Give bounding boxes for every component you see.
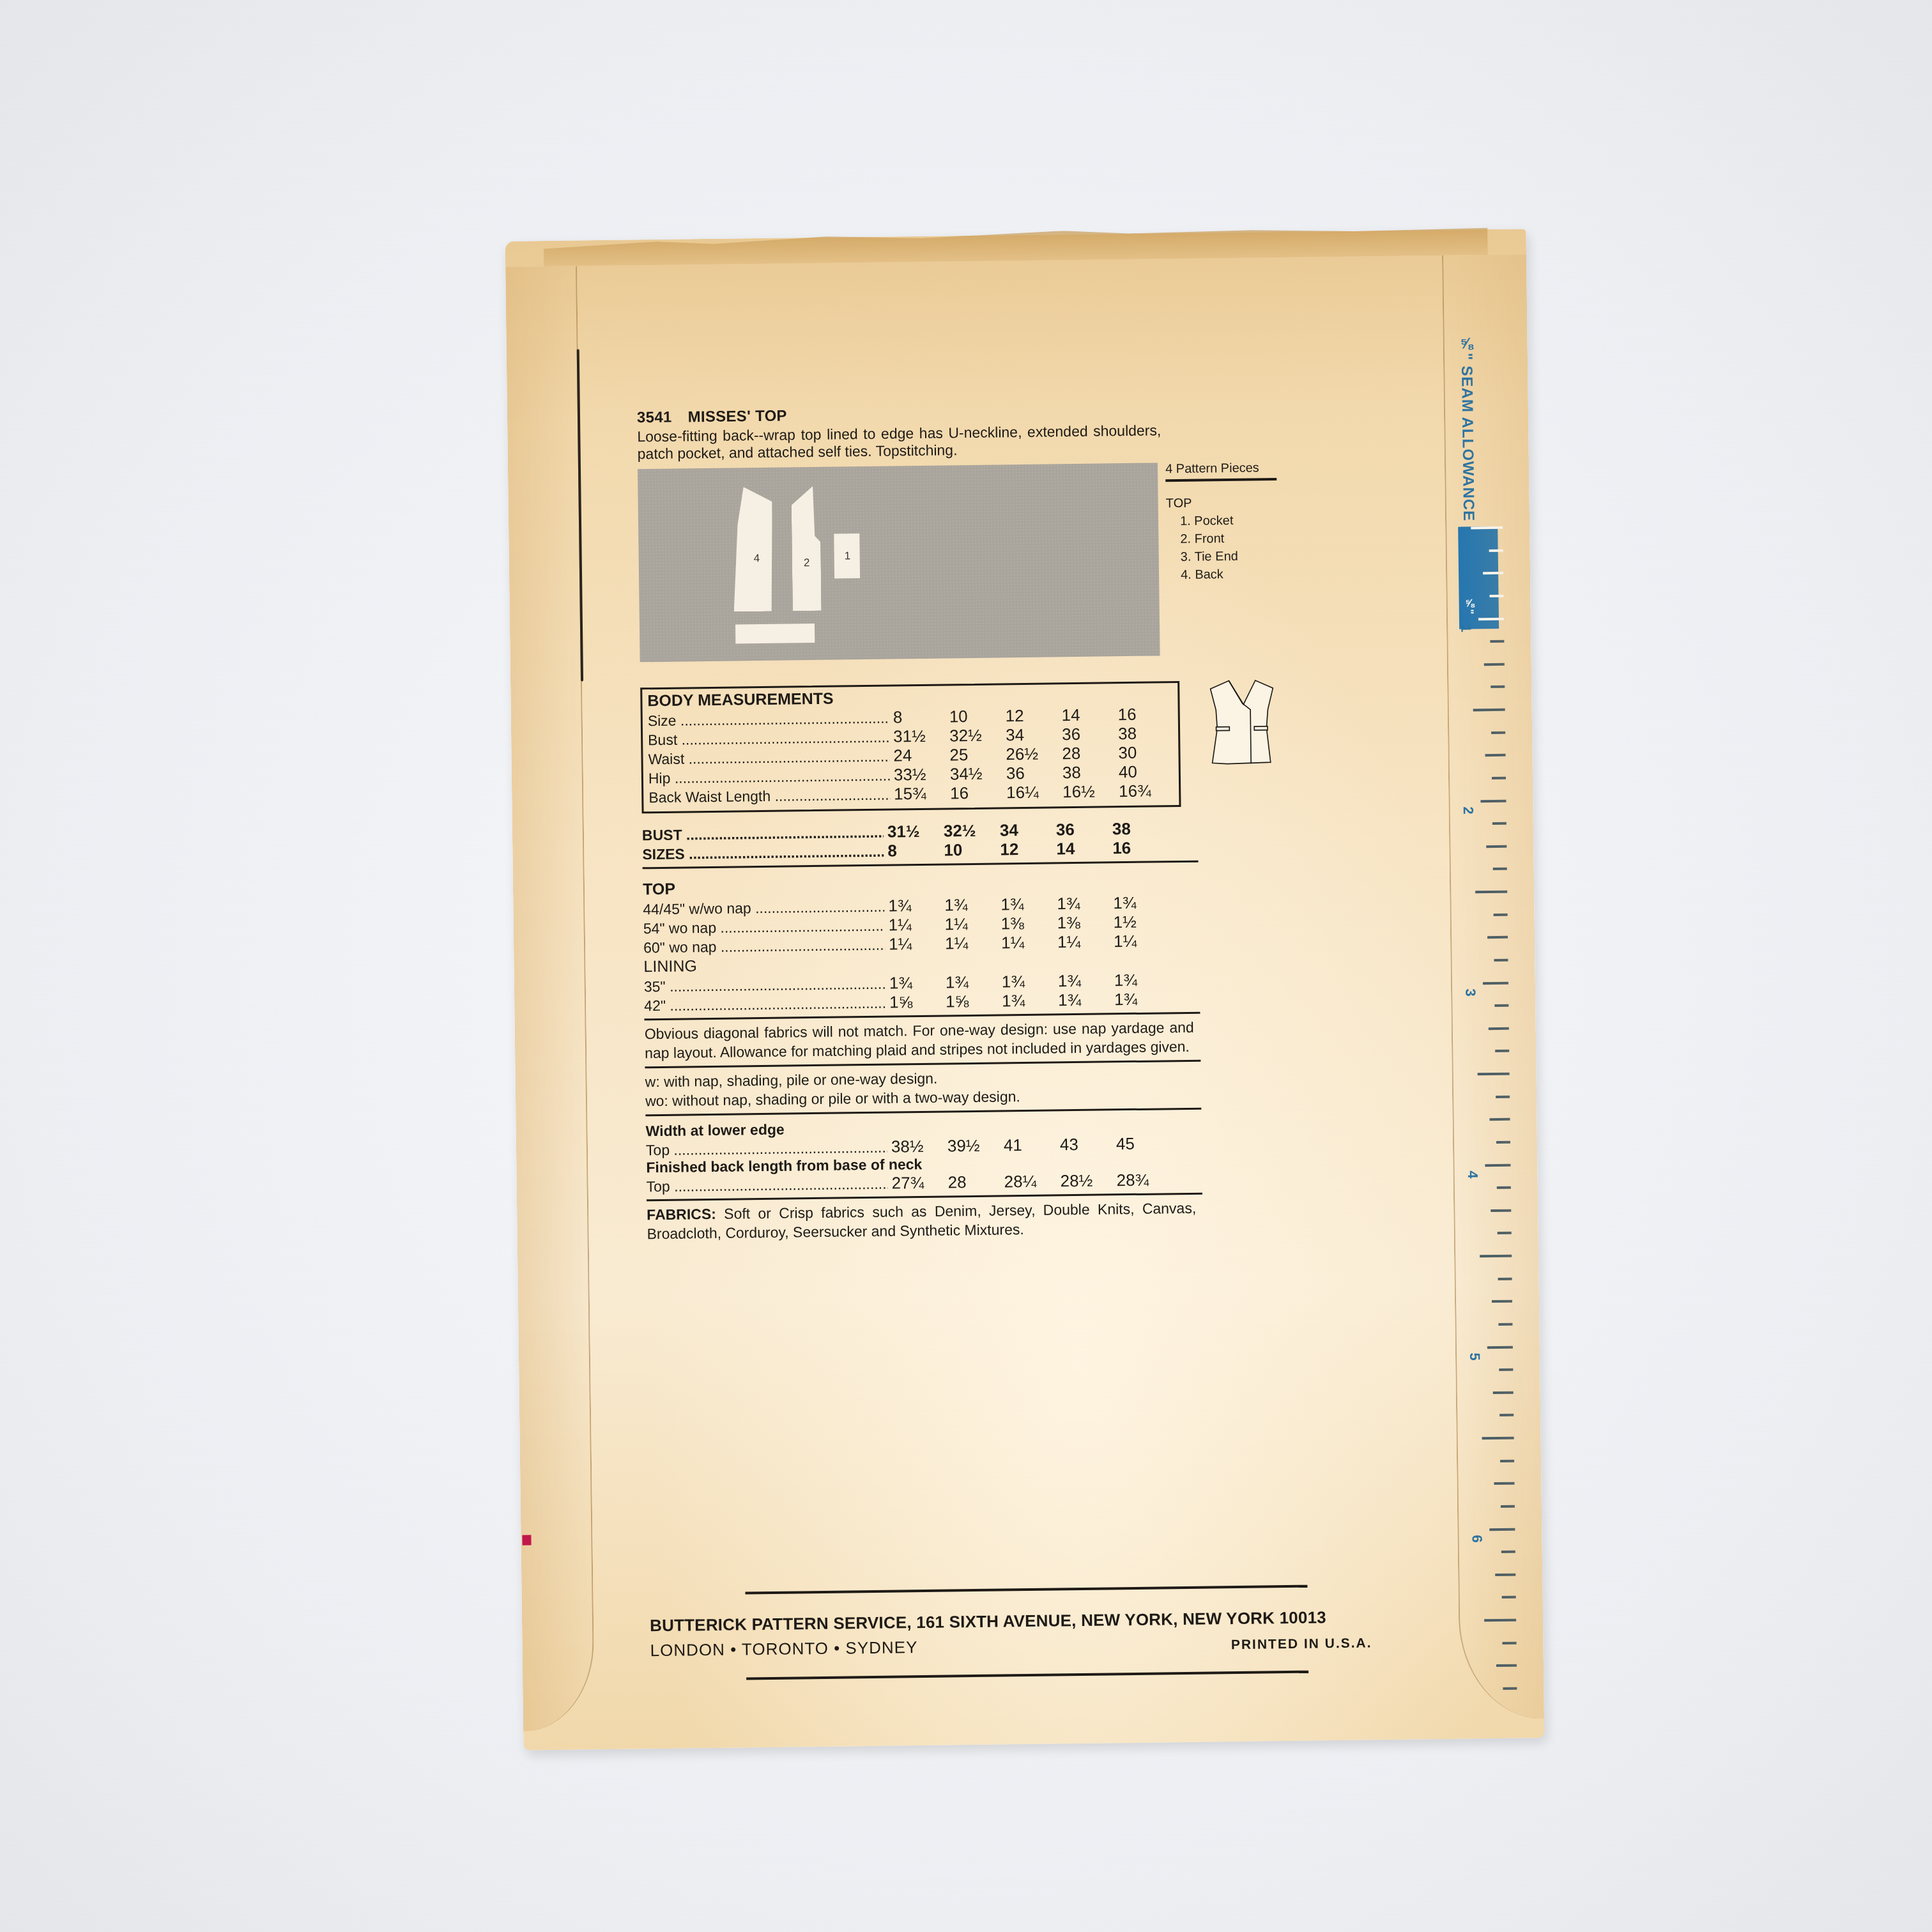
cell-value: 1⅜ bbox=[1001, 913, 1057, 933]
cell-value: 12 bbox=[1006, 705, 1062, 726]
ruler-tick bbox=[1494, 913, 1508, 916]
cell-value: 16 bbox=[950, 783, 1006, 803]
ruler-tick bbox=[1494, 1482, 1514, 1485]
ruler-tick bbox=[1489, 1027, 1509, 1029]
cell-value: 1⅜ bbox=[1057, 912, 1114, 933]
cell-value: 1¾ bbox=[946, 972, 1002, 992]
cell-value: 38 bbox=[1062, 762, 1119, 783]
cell-value: 10 bbox=[944, 839, 1000, 860]
cell-value: 1¼ bbox=[1001, 932, 1057, 953]
ruler-tick bbox=[1501, 1505, 1515, 1508]
cell-value: 36 bbox=[1006, 763, 1062, 783]
cell-value: 1¼ bbox=[1114, 931, 1170, 951]
cell-value: 16¾ bbox=[1119, 781, 1175, 801]
ruler-tick bbox=[1471, 526, 1503, 530]
cell-value: 14 bbox=[1056, 838, 1112, 859]
cell-value: 16½ bbox=[1062, 781, 1119, 802]
cell-value: 34 bbox=[1006, 724, 1062, 745]
cell-value: 41 bbox=[1004, 1135, 1060, 1155]
cell-value: 8 bbox=[887, 841, 944, 861]
cell-value: 1¼ bbox=[889, 915, 945, 935]
ruler-tick bbox=[1495, 1573, 1515, 1575]
cell-value: 39½ bbox=[947, 1135, 1004, 1156]
cell-value: 1¾ bbox=[1002, 971, 1058, 992]
cell-value: 31½ bbox=[887, 822, 944, 842]
cell-value: 16 bbox=[1118, 704, 1174, 724]
cell-value: 30 bbox=[1118, 742, 1174, 763]
pattern-piece-item: 4. Back bbox=[1167, 565, 1278, 584]
publisher-address: BUTTERICK PATTERN SERVICE, 161 SIXTH AVE… bbox=[650, 1607, 1372, 1636]
ruler-tick bbox=[1497, 1186, 1511, 1189]
cell-value: 28¼ bbox=[1004, 1171, 1060, 1192]
cell-value: 1¾ bbox=[1057, 893, 1113, 914]
cell-value: 34½ bbox=[950, 763, 1006, 784]
ruler-tick bbox=[1492, 1300, 1512, 1303]
pattern-pieces-header: 4 Pattern Pieces bbox=[1165, 459, 1276, 482]
cell-value: 14 bbox=[1062, 705, 1118, 725]
row-label: Waist ..................................… bbox=[648, 748, 889, 769]
ruler-tick bbox=[1496, 1095, 1510, 1098]
pattern-name: MISSES' TOP bbox=[687, 407, 787, 425]
ruler-tick bbox=[1498, 1323, 1512, 1326]
seam-allowance-band: ⅝" bbox=[1458, 526, 1499, 629]
fabrics-block: FABRICS: Soft or Crisp fabrics such as D… bbox=[647, 1199, 1203, 1244]
margin-mark bbox=[577, 349, 583, 681]
ruler-tick bbox=[1491, 1209, 1511, 1211]
yardage-top: TOP 44/45" w/wo nap ....................… bbox=[643, 874, 1199, 957]
pattern-info: 3541 MISSES' TOP Loose-fitting back--wra… bbox=[637, 401, 1286, 1243]
row-label: Size ...................................… bbox=[648, 710, 889, 730]
ruler-tick bbox=[1491, 731, 1505, 733]
ruler-tick bbox=[1493, 1391, 1514, 1393]
fabrics-text: Soft or Crisp fabrics such as Denim, Jer… bbox=[647, 1200, 1196, 1243]
ruler-tick bbox=[1490, 640, 1504, 643]
ruler-tick bbox=[1484, 1619, 1516, 1622]
ruler-tick bbox=[1490, 1118, 1510, 1121]
ruler-tick bbox=[1493, 868, 1507, 870]
ruler-tick bbox=[1480, 799, 1506, 802]
cell-value: 40 bbox=[1119, 762, 1175, 782]
row-label: SIZES ..................................… bbox=[642, 843, 884, 864]
cell-value: 1¾ bbox=[1113, 893, 1169, 913]
piece-label-pocket: 1 bbox=[845, 549, 851, 562]
ruler-number: 1 bbox=[1457, 624, 1474, 632]
ruler-number: 5 bbox=[1466, 1353, 1483, 1361]
footer-rule-bottom bbox=[746, 1671, 1308, 1680]
cell-value: 1¾ bbox=[1002, 990, 1058, 1011]
cell-value: 1¾ bbox=[888, 896, 944, 916]
ruler-tick bbox=[1491, 686, 1505, 688]
row-label: 60" wo nap .............................… bbox=[643, 937, 885, 957]
ruler-tick bbox=[1496, 1664, 1517, 1667]
ruler-tick bbox=[1480, 1255, 1512, 1258]
row-label: 54" wo nap .............................… bbox=[643, 917, 885, 938]
ruler-tick bbox=[1485, 1163, 1510, 1166]
ruler-tick bbox=[1496, 1141, 1510, 1144]
cell-value: 1¾ bbox=[889, 973, 946, 993]
ruler-tick bbox=[1485, 754, 1506, 756]
ruler-number: 6 bbox=[1469, 1535, 1485, 1543]
cell-value: 10 bbox=[949, 706, 1006, 726]
ruler-tick bbox=[1495, 1050, 1509, 1052]
ruler-tick bbox=[1500, 1459, 1514, 1462]
pattern-title: 3541 MISSES' TOP bbox=[637, 401, 1276, 427]
row-label: Top ....................................… bbox=[647, 1176, 888, 1196]
bust-sizes-table: BUST ...................................… bbox=[642, 818, 1199, 870]
cell-value: 38 bbox=[1118, 723, 1174, 744]
pattern-pieces-diagram: 4 2 1 bbox=[638, 463, 1160, 662]
ruler-tick bbox=[1490, 595, 1504, 597]
cell-value: 8 bbox=[893, 707, 949, 727]
row-label: 35" ....................................… bbox=[644, 976, 885, 996]
cell-value: 28¾ bbox=[1116, 1170, 1172, 1190]
cell-value: 24 bbox=[893, 745, 949, 765]
ruler-tick bbox=[1478, 1073, 1510, 1076]
cell-value: 1¾ bbox=[1058, 990, 1114, 1010]
ruler-number: 3 bbox=[1462, 988, 1478, 997]
cell-value: 38½ bbox=[891, 1136, 947, 1156]
cell-value: 1½ bbox=[1114, 912, 1170, 932]
cell-value: 16 bbox=[1112, 838, 1169, 858]
piece-label-back: 4 bbox=[754, 552, 760, 565]
cell-value: 38 bbox=[1112, 818, 1169, 839]
fabrics-label: FABRICS: bbox=[647, 1206, 716, 1223]
cell-value: 1¾ bbox=[1058, 970, 1114, 991]
cell-value: 43 bbox=[1060, 1134, 1116, 1154]
cell-value: 1¾ bbox=[1114, 989, 1170, 1009]
ruler-tick bbox=[1478, 617, 1504, 620]
ruler-tick bbox=[1499, 1414, 1514, 1416]
ruler-tick bbox=[1494, 959, 1508, 962]
ruler-number: 2 bbox=[1460, 806, 1476, 815]
ruler-tick bbox=[1483, 981, 1508, 984]
seam-allowance-ruler: ⅝" SEAM ALLOWANCE ⅝" 123456 bbox=[1456, 335, 1530, 1715]
ruler-tick bbox=[1501, 1551, 1515, 1553]
ruler-tick bbox=[1487, 936, 1508, 939]
finished-measurements: Width at lower edge Top ................… bbox=[646, 1116, 1202, 1202]
ruler-tick bbox=[1503, 1641, 1517, 1644]
cell-value: 15¾ bbox=[894, 783, 950, 804]
cell-value: 31½ bbox=[893, 726, 949, 746]
row-label: Hip ....................................… bbox=[648, 767, 890, 788]
cell-value: 1¾ bbox=[1114, 970, 1170, 990]
cell-value: 45 bbox=[1116, 1133, 1172, 1154]
cell-value: 1⅝ bbox=[889, 992, 946, 1013]
cell-value: 16¼ bbox=[1006, 782, 1062, 802]
ruler-tick bbox=[1483, 572, 1503, 574]
pattern-envelope-back: 3541 MISSES' TOP Loose-fitting back--wra… bbox=[505, 229, 1545, 1750]
cell-value: 28½ bbox=[1060, 1170, 1116, 1191]
pattern-pieces-list: 4 Pattern Pieces TOP 1. Pocket 2. Front … bbox=[1165, 459, 1278, 584]
pattern-description: Loose-fitting back--wrap top lined to ed… bbox=[637, 422, 1161, 463]
ruler-tick bbox=[1486, 845, 1506, 848]
piece-tie-shape bbox=[735, 624, 815, 644]
cell-value: 27¾ bbox=[891, 1172, 947, 1193]
cell-value: 1⅝ bbox=[946, 991, 1002, 1011]
row-label: 42" ....................................… bbox=[644, 995, 885, 1015]
seam-allowance-title: ⅝" SEAM ALLOWANCE bbox=[1457, 335, 1478, 521]
piece-front-shape bbox=[791, 486, 821, 611]
cell-value: 28 bbox=[947, 1172, 1004, 1192]
cell-value: 34 bbox=[1000, 820, 1056, 840]
ruler-tick bbox=[1494, 1004, 1508, 1007]
pattern-pieces-group: TOP bbox=[1166, 493, 1277, 512]
cell-value: 12 bbox=[1000, 839, 1056, 859]
cell-value: 1¾ bbox=[1000, 894, 1057, 914]
diagonal-note-block: Obvious diagonal fabrics will not match.… bbox=[645, 1018, 1201, 1069]
torn-top-edge bbox=[544, 226, 1488, 266]
publisher-cities: LONDON • TORONTO • SYDNEY bbox=[650, 1637, 917, 1660]
ruler-tick bbox=[1487, 1345, 1513, 1348]
printed-in: PRINTED IN U.S.A. bbox=[1231, 1636, 1372, 1653]
cell-value: 1¼ bbox=[1057, 931, 1114, 952]
red-registration-mark bbox=[522, 1535, 531, 1545]
ruler-tick bbox=[1492, 777, 1506, 779]
row-label: BUST ...................................… bbox=[642, 824, 884, 845]
cell-value: 32½ bbox=[949, 725, 1006, 746]
pattern-piece-item: 2. Front bbox=[1166, 529, 1277, 548]
cell-value: 33½ bbox=[894, 764, 950, 785]
cell-value: 36 bbox=[1056, 819, 1112, 839]
ruler-tick bbox=[1484, 663, 1505, 666]
ruler-tick bbox=[1502, 1596, 1516, 1598]
ruler-tick bbox=[1498, 1277, 1512, 1280]
diagonal-note: Obvious diagonal fabrics will not match.… bbox=[645, 1018, 1195, 1063]
row-label: 44/45" w/wo nap ........................… bbox=[643, 898, 884, 919]
ruler-tick bbox=[1498, 1232, 1512, 1234]
body-measurements-table: BODY MEASUREMENTS Size .................… bbox=[640, 681, 1181, 813]
piece-back-shape bbox=[732, 487, 773, 612]
ruler-tick bbox=[1489, 1528, 1515, 1530]
cell-value: 1¼ bbox=[945, 914, 1001, 934]
garment-illustration bbox=[1205, 667, 1280, 789]
row-label: Back Waist Length ......................… bbox=[648, 786, 890, 807]
ruler-tick bbox=[1482, 1437, 1514, 1440]
yardage-lining: LINING 35" .............................… bbox=[643, 951, 1200, 1021]
footer-rule-top bbox=[745, 1585, 1307, 1595]
ruler-tick bbox=[1499, 1368, 1513, 1371]
pattern-number: 3541 bbox=[637, 409, 672, 427]
pattern-piece-item: 3. Tie End bbox=[1167, 547, 1278, 566]
cell-value: 32½ bbox=[944, 820, 1000, 841]
ruler-tick bbox=[1492, 822, 1506, 825]
nap-definitions: w: with nap, shading, pile or one-way de… bbox=[645, 1066, 1202, 1117]
ruler-tick bbox=[1489, 549, 1503, 551]
pattern-piece-item: 1. Pocket bbox=[1166, 511, 1277, 530]
ruler-tick bbox=[1473, 709, 1505, 712]
seam-allowance-band-label: ⅝" bbox=[1463, 597, 1476, 614]
cell-value: 28 bbox=[1062, 743, 1118, 763]
cell-value: 26½ bbox=[1006, 744, 1062, 764]
row-label: Bust ...................................… bbox=[648, 729, 889, 749]
cell-value: 1¾ bbox=[944, 894, 1000, 915]
cell-value: 1¼ bbox=[889, 934, 945, 954]
ruler-tick bbox=[1503, 1687, 1517, 1690]
publisher-footer: BUTTERICK PATTERN SERVICE, 161 SIXTH AVE… bbox=[649, 1584, 1372, 1681]
cell-value: 25 bbox=[949, 744, 1006, 765]
piece-label-front: 2 bbox=[804, 556, 810, 569]
ruler-number: 4 bbox=[1464, 1170, 1481, 1179]
cell-value: 1¼ bbox=[945, 933, 1001, 953]
cell-value: 36 bbox=[1062, 724, 1118, 744]
ruler-tick bbox=[1475, 891, 1507, 894]
